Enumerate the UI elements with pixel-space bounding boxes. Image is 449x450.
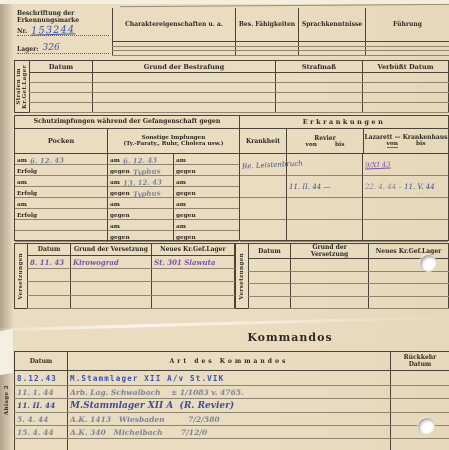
col-krankheit: Krankheit bbox=[240, 129, 286, 153]
cell-krankheit-2 bbox=[240, 176, 286, 198]
cell-art-5: A.K. 340 Michelbach 7/12/0 bbox=[68, 426, 391, 439]
sonst-gegen1-value: Typhus bbox=[133, 167, 161, 175]
col-grund: Grund der Versetzung bbox=[291, 244, 369, 259]
col-neues: Neues Kr.Gef.Lager bbox=[152, 244, 235, 256]
nr-label: Nr. bbox=[17, 28, 27, 35]
traits-table: Charaktereigenschaften u. a. Bes. Fähigk… bbox=[112, 8, 449, 56]
cell-sonst1-gegen3: gegen bbox=[107, 209, 173, 220]
revier-von-entry: 11. II. 44 — bbox=[289, 183, 330, 191]
table-cell bbox=[369, 296, 449, 308]
col-faehigkeiten: Bes. Fähigkeiten bbox=[236, 8, 299, 42]
cell-art-2: Arb. Lag. Schwalbach ± 1/1083 v. 4765. bbox=[68, 386, 391, 399]
side-label: Versetzungen bbox=[239, 253, 245, 300]
table-cell bbox=[92, 73, 275, 83]
am-label: am bbox=[110, 202, 120, 208]
am-label: am bbox=[176, 180, 186, 186]
col-datum: Datum bbox=[248, 244, 290, 259]
kommandos-section: Ablage 2 Datum Art des Kommandos Rückkeh… bbox=[0, 351, 449, 450]
cell-pocken-erfolg3: Erfolg bbox=[15, 209, 107, 220]
cell-grund-1: Kirowograd bbox=[71, 256, 152, 269]
col-fuehrung: Führung bbox=[366, 8, 449, 42]
cell-sonst2-am3: am bbox=[173, 198, 239, 209]
cell-sonst2-am1: am bbox=[173, 154, 239, 165]
table-cell bbox=[291, 296, 369, 308]
cell-sonst2-gegen1: gegen bbox=[173, 165, 239, 176]
table-cell bbox=[299, 51, 366, 56]
cell-datum-5: 15. 4. 44 bbox=[15, 426, 68, 439]
col-sprachen: Sprachkenntnisse bbox=[299, 8, 366, 42]
vaccinations-block: Schutzimpfungen während der Gefangenscha… bbox=[14, 115, 240, 241]
vaccinations-grid: am6. 12. 43 am6. 12. 43 am Erfolg gegenT… bbox=[15, 154, 239, 242]
gegen-label: gegen bbox=[176, 169, 196, 175]
cell-sonst2-gegen2: gegen bbox=[173, 187, 239, 198]
cell-rueckkehr-2 bbox=[391, 386, 449, 399]
kommandos-title: Kommandos bbox=[160, 331, 420, 344]
cell-sonst1-am1: am6. 12. 43 bbox=[107, 154, 173, 165]
transfers-table-right: Datum Grund der Versetzung Neues Kr.Gef.… bbox=[248, 243, 449, 309]
col-datum: Datum bbox=[15, 352, 68, 371]
table-cell bbox=[29, 93, 92, 103]
cell-pocken-am2: am bbox=[15, 176, 107, 187]
cell-sonst1-am2: am13. 12. 43 bbox=[107, 176, 173, 187]
am-label: am bbox=[176, 202, 186, 208]
cell-revier-4 bbox=[286, 220, 362, 242]
table-cell bbox=[248, 259, 290, 272]
table-cell bbox=[275, 83, 362, 93]
bis-label: bis bbox=[416, 141, 426, 148]
kommandos-table: Datum Art des Kommandos Rückkehr Datum 8… bbox=[14, 351, 449, 450]
col-pocken: Pocken bbox=[15, 129, 107, 153]
cell-datum-1: 8.12.43 bbox=[15, 371, 68, 386]
table-cell bbox=[71, 282, 152, 295]
transfers-side-label: Versetzungen bbox=[14, 243, 27, 309]
table-cell bbox=[362, 103, 448, 113]
table-cell bbox=[291, 272, 369, 284]
lazarett-entry-2b: 11. V. 44 bbox=[404, 183, 435, 191]
cell-pocken-erfolg1: Erfolg bbox=[15, 165, 107, 176]
kommando-art: M.Stammlager XII A (R. Revier) bbox=[70, 401, 234, 411]
krankheit-label: Krankheit bbox=[246, 138, 280, 145]
cell-datum-4: 5. 4. 44 bbox=[15, 413, 68, 426]
kommando-datum: 5. 4. 44 bbox=[17, 415, 48, 424]
cell-revier-3 bbox=[286, 198, 362, 220]
table-cell bbox=[28, 295, 71, 308]
kommando-art: Arb. Lag. Schwalbach ± 1/1083 v. 4765. bbox=[70, 388, 244, 397]
table-cell bbox=[236, 51, 299, 56]
transfers-right: Versetzungen Datum Grund der Versetzung … bbox=[235, 243, 449, 309]
kommando-art: A.K. 1413 Wiesbaden 7/2/580 bbox=[70, 415, 220, 424]
cell-pocken-blank1 bbox=[15, 220, 107, 231]
transfers-table-left: Datum Grund der Versetzung Neues Kr.Gef.… bbox=[27, 243, 235, 309]
transfer-datum: 8. 11. 43 bbox=[30, 258, 64, 267]
col-lazarett: Lazarett — Krankenhaus vonbis bbox=[363, 129, 448, 153]
pocken-am1-value: 6. 12. 43 bbox=[30, 156, 64, 164]
table-cell bbox=[29, 73, 92, 83]
vaccinations-title: Schutzimpfungen während der Gefangenscha… bbox=[15, 116, 239, 129]
von-label: von bbox=[387, 141, 398, 148]
gegen-label: gegen bbox=[110, 213, 130, 219]
am-label: am bbox=[110, 224, 120, 230]
cell-lazarett-4 bbox=[362, 220, 448, 242]
col-art: Art des Kommandos bbox=[68, 352, 391, 371]
camp-number-value: 326 bbox=[43, 44, 60, 53]
col-rueckkehr: Rückkehr Datum bbox=[391, 352, 449, 371]
punishments-table: Datum Grund der Bestrafung Strafmaß Verb… bbox=[29, 60, 449, 113]
col-neues: Neues Kr.Gef.Lager bbox=[369, 244, 449, 259]
kommando-art: M.Stammlager XII A/v St.VIK bbox=[70, 374, 224, 383]
table-cell bbox=[291, 259, 369, 272]
table-cell bbox=[92, 93, 275, 103]
table-cell bbox=[366, 51, 449, 56]
am-label: am bbox=[17, 158, 27, 164]
kommando-art: A.K. 340 Michelbach 7/12/0 bbox=[70, 428, 207, 437]
cell-sonst1-am3: am bbox=[107, 198, 173, 209]
erfolg-label: Erfolg bbox=[17, 191, 37, 197]
cell-sonst1-gegen1: gegenTyphus bbox=[107, 165, 173, 176]
punch-hole bbox=[418, 418, 435, 435]
punishments-side-label: Strafen im Kr.Gef.Lager bbox=[14, 60, 29, 113]
am-label: am bbox=[176, 224, 186, 230]
table-cell bbox=[29, 83, 92, 93]
cell-sonst2-gegen3: gegen bbox=[173, 209, 239, 220]
col-verbuesst: Verbüßt Datum bbox=[362, 61, 448, 73]
gegen-label: gegen bbox=[110, 169, 130, 175]
table-cell bbox=[152, 295, 235, 308]
table-cell bbox=[15, 439, 68, 450]
lazarett-entry-1: 9/XI 43 bbox=[365, 160, 391, 169]
cell-sonst1-gegen4: gegen bbox=[107, 231, 173, 242]
table-cell bbox=[68, 439, 391, 450]
sonstige-line2: (Ty.-Paraty., Ruhr, Cholera usw.) bbox=[123, 141, 223, 147]
table-cell bbox=[152, 269, 235, 282]
table-cell bbox=[28, 269, 71, 282]
col-revier: Revier vonbis bbox=[286, 129, 363, 153]
cell-art-1: M.Stammlager XII A/v St.VIK bbox=[68, 371, 391, 386]
id-tag-block: Beschriftung der Erkennungsmarke Nr. 153… bbox=[14, 8, 112, 56]
table-cell bbox=[369, 284, 449, 296]
id-number-line: Nr. 153244 bbox=[17, 26, 109, 36]
cell-datum-3: 11. II. 44 bbox=[15, 399, 68, 413]
lager-label: Lager: bbox=[17, 46, 39, 53]
pow-record-card-scan: { "card": { "marke_label": "Beschriftung… bbox=[0, 0, 449, 450]
cell-sonst2-am2: am bbox=[173, 176, 239, 187]
side-label-line2: Kr.Gef.Lager bbox=[22, 65, 28, 109]
col-strafmass: Strafmaß bbox=[275, 61, 362, 73]
camp-line: Lager: 326 bbox=[17, 44, 109, 54]
erfolg-label: Erfolg bbox=[17, 169, 37, 175]
card-top-edge-line bbox=[120, 4, 449, 7]
side-label: Ablage 2 bbox=[4, 385, 10, 415]
am-label: am bbox=[17, 180, 27, 186]
von-label: von bbox=[306, 142, 317, 148]
table-cell bbox=[291, 284, 369, 296]
am-label: am bbox=[110, 158, 120, 164]
sonst-gegen2-value: Typhus bbox=[133, 189, 161, 197]
cell-krankheit-4 bbox=[240, 220, 286, 242]
revier-label: Revier bbox=[314, 135, 336, 142]
kommando-datum: 8.12.43 bbox=[17, 374, 57, 383]
table-cell bbox=[113, 51, 236, 56]
am-label: am bbox=[17, 202, 27, 208]
col-datum: Datum bbox=[29, 61, 92, 73]
sonst-am2-value: 13. 12. 43 bbox=[123, 178, 162, 186]
table-cell bbox=[275, 103, 362, 113]
erfolg-label: Erfolg bbox=[17, 213, 37, 219]
cell-datum-1: 8. 11. 43 bbox=[28, 256, 71, 269]
cell-krankheit-3 bbox=[240, 198, 286, 220]
cell-neues-1: St. 301 Slawuta bbox=[152, 256, 235, 269]
table-cell bbox=[28, 282, 71, 295]
cell-art-3: M.Stammlager XII A (R. Revier) bbox=[68, 399, 391, 413]
table-cell bbox=[362, 93, 448, 103]
cell-datum-2: 11. 1. 44 bbox=[15, 386, 68, 399]
col-datum: Datum bbox=[28, 244, 71, 256]
cell-sonst2-gegen4: gegen bbox=[173, 231, 239, 242]
table-cell bbox=[248, 296, 290, 308]
table-cell bbox=[92, 103, 275, 113]
kommando-datum: 11. II. 44 bbox=[17, 401, 55, 410]
sonst-am1-value: 6. 12. 43 bbox=[123, 156, 157, 164]
cell-pocken-am1: am6. 12. 43 bbox=[15, 154, 107, 165]
col-grund: Grund der Versetzung bbox=[71, 244, 152, 256]
transfers-left: Versetzungen Datum Grund der Versetzung … bbox=[14, 243, 235, 309]
transfer-neues: St. 301 Slawuta bbox=[154, 258, 215, 267]
cell-sonst1-gegen2: gegenTyphus bbox=[107, 187, 173, 198]
col-grund: Grund der Bestrafung bbox=[92, 61, 275, 73]
cell-pocken-am3: am bbox=[15, 198, 107, 209]
illness-block: Erkrankungen Krankheit Revier vonbis Laz… bbox=[240, 115, 449, 241]
illness-grid: Re. Leistenbruch 9/XI 43 11. II. 44 — 22… bbox=[240, 154, 448, 242]
paper-crease bbox=[0, 316, 449, 332]
am-label: am bbox=[110, 180, 120, 186]
punch-hole bbox=[420, 255, 437, 272]
table-cell bbox=[248, 272, 290, 284]
kommando-datum: 15. 4. 44 bbox=[17, 428, 54, 437]
table-cell bbox=[248, 284, 290, 296]
cell-rueckkehr-1 bbox=[391, 371, 449, 386]
gegen-label: gegen bbox=[176, 213, 196, 219]
lazarett-label: Lazarett — Krankenhaus bbox=[364, 134, 447, 141]
table-cell bbox=[391, 439, 449, 450]
table-cell bbox=[275, 73, 362, 83]
col-sonstige: Sonstige Impfungen (Ty.-Paraty., Ruhr, C… bbox=[107, 129, 239, 153]
table-cell bbox=[71, 269, 152, 282]
kommando-datum: 11. 1. 44 bbox=[17, 388, 54, 397]
table-cell bbox=[71, 295, 152, 308]
cell-art-4: A.K. 1413 Wiesbaden 7/2/580 bbox=[68, 413, 391, 426]
lazarett-entry-2a: 22. 4. 44 – bbox=[365, 183, 402, 191]
cell-sonst2-am4: am bbox=[173, 220, 239, 231]
transfers-section: Versetzungen Datum Grund der Versetzung … bbox=[14, 243, 449, 309]
am-label: am bbox=[176, 158, 186, 164]
vaccinations-illness-section: Schutzimpfungen während der Gefangenscha… bbox=[14, 115, 449, 241]
table-cell bbox=[362, 83, 448, 93]
side-label: Versetzungen bbox=[18, 253, 24, 300]
gegen-label: gegen bbox=[110, 235, 130, 241]
illness-subheader: Krankheit Revier vonbis Lazarett — Krank… bbox=[240, 129, 448, 154]
id-number-value: 153244 bbox=[31, 25, 75, 36]
table-cell bbox=[152, 282, 235, 295]
transfers-side-label: Versetzungen bbox=[235, 243, 248, 309]
table-cell bbox=[275, 93, 362, 103]
transfer-grund: Kirowograd bbox=[73, 258, 119, 267]
table-cell bbox=[92, 83, 275, 93]
table-cell bbox=[29, 103, 92, 113]
punishments-section: Strafen im Kr.Gef.Lager Datum Grund der … bbox=[14, 60, 449, 113]
cell-pocken-blank2 bbox=[15, 231, 107, 242]
card-header: Beschriftung der Erkennungsmarke Nr. 153… bbox=[14, 8, 449, 56]
cell-lazarett-2: 22. 4. 44 – 11. V. 44 bbox=[362, 176, 448, 198]
cell-rueckkehr-3 bbox=[391, 399, 449, 413]
cell-pocken-erfolg2: Erfolg bbox=[15, 187, 107, 198]
gegen-label: gegen bbox=[176, 235, 196, 241]
bis-label: bis bbox=[335, 142, 345, 148]
id-tag-label: Beschriftung der Erkennungsmarke bbox=[17, 10, 109, 24]
cell-sonst1-am4: am bbox=[107, 220, 173, 231]
gegen-label: gegen bbox=[176, 191, 196, 197]
cell-lazarett-1: 9/XI 43 bbox=[362, 154, 448, 176]
cell-revier-2: 11. II. 44 — bbox=[286, 176, 362, 198]
table-cell bbox=[369, 272, 449, 284]
cell-lazarett-3 bbox=[362, 198, 448, 220]
table-cell bbox=[362, 73, 448, 83]
illness-title: Erkrankungen bbox=[240, 116, 448, 129]
col-charakter: Charaktereigenschaften u. a. bbox=[113, 8, 236, 42]
vaccinations-subheader: Pocken Sonstige Impfungen (Ty.-Paraty., … bbox=[15, 129, 239, 154]
kommandos-side-label: Ablage 2 bbox=[0, 351, 14, 450]
gegen-label: gegen bbox=[110, 191, 130, 197]
cell-krankheit-1: Re. Leistenbruch bbox=[240, 154, 286, 176]
